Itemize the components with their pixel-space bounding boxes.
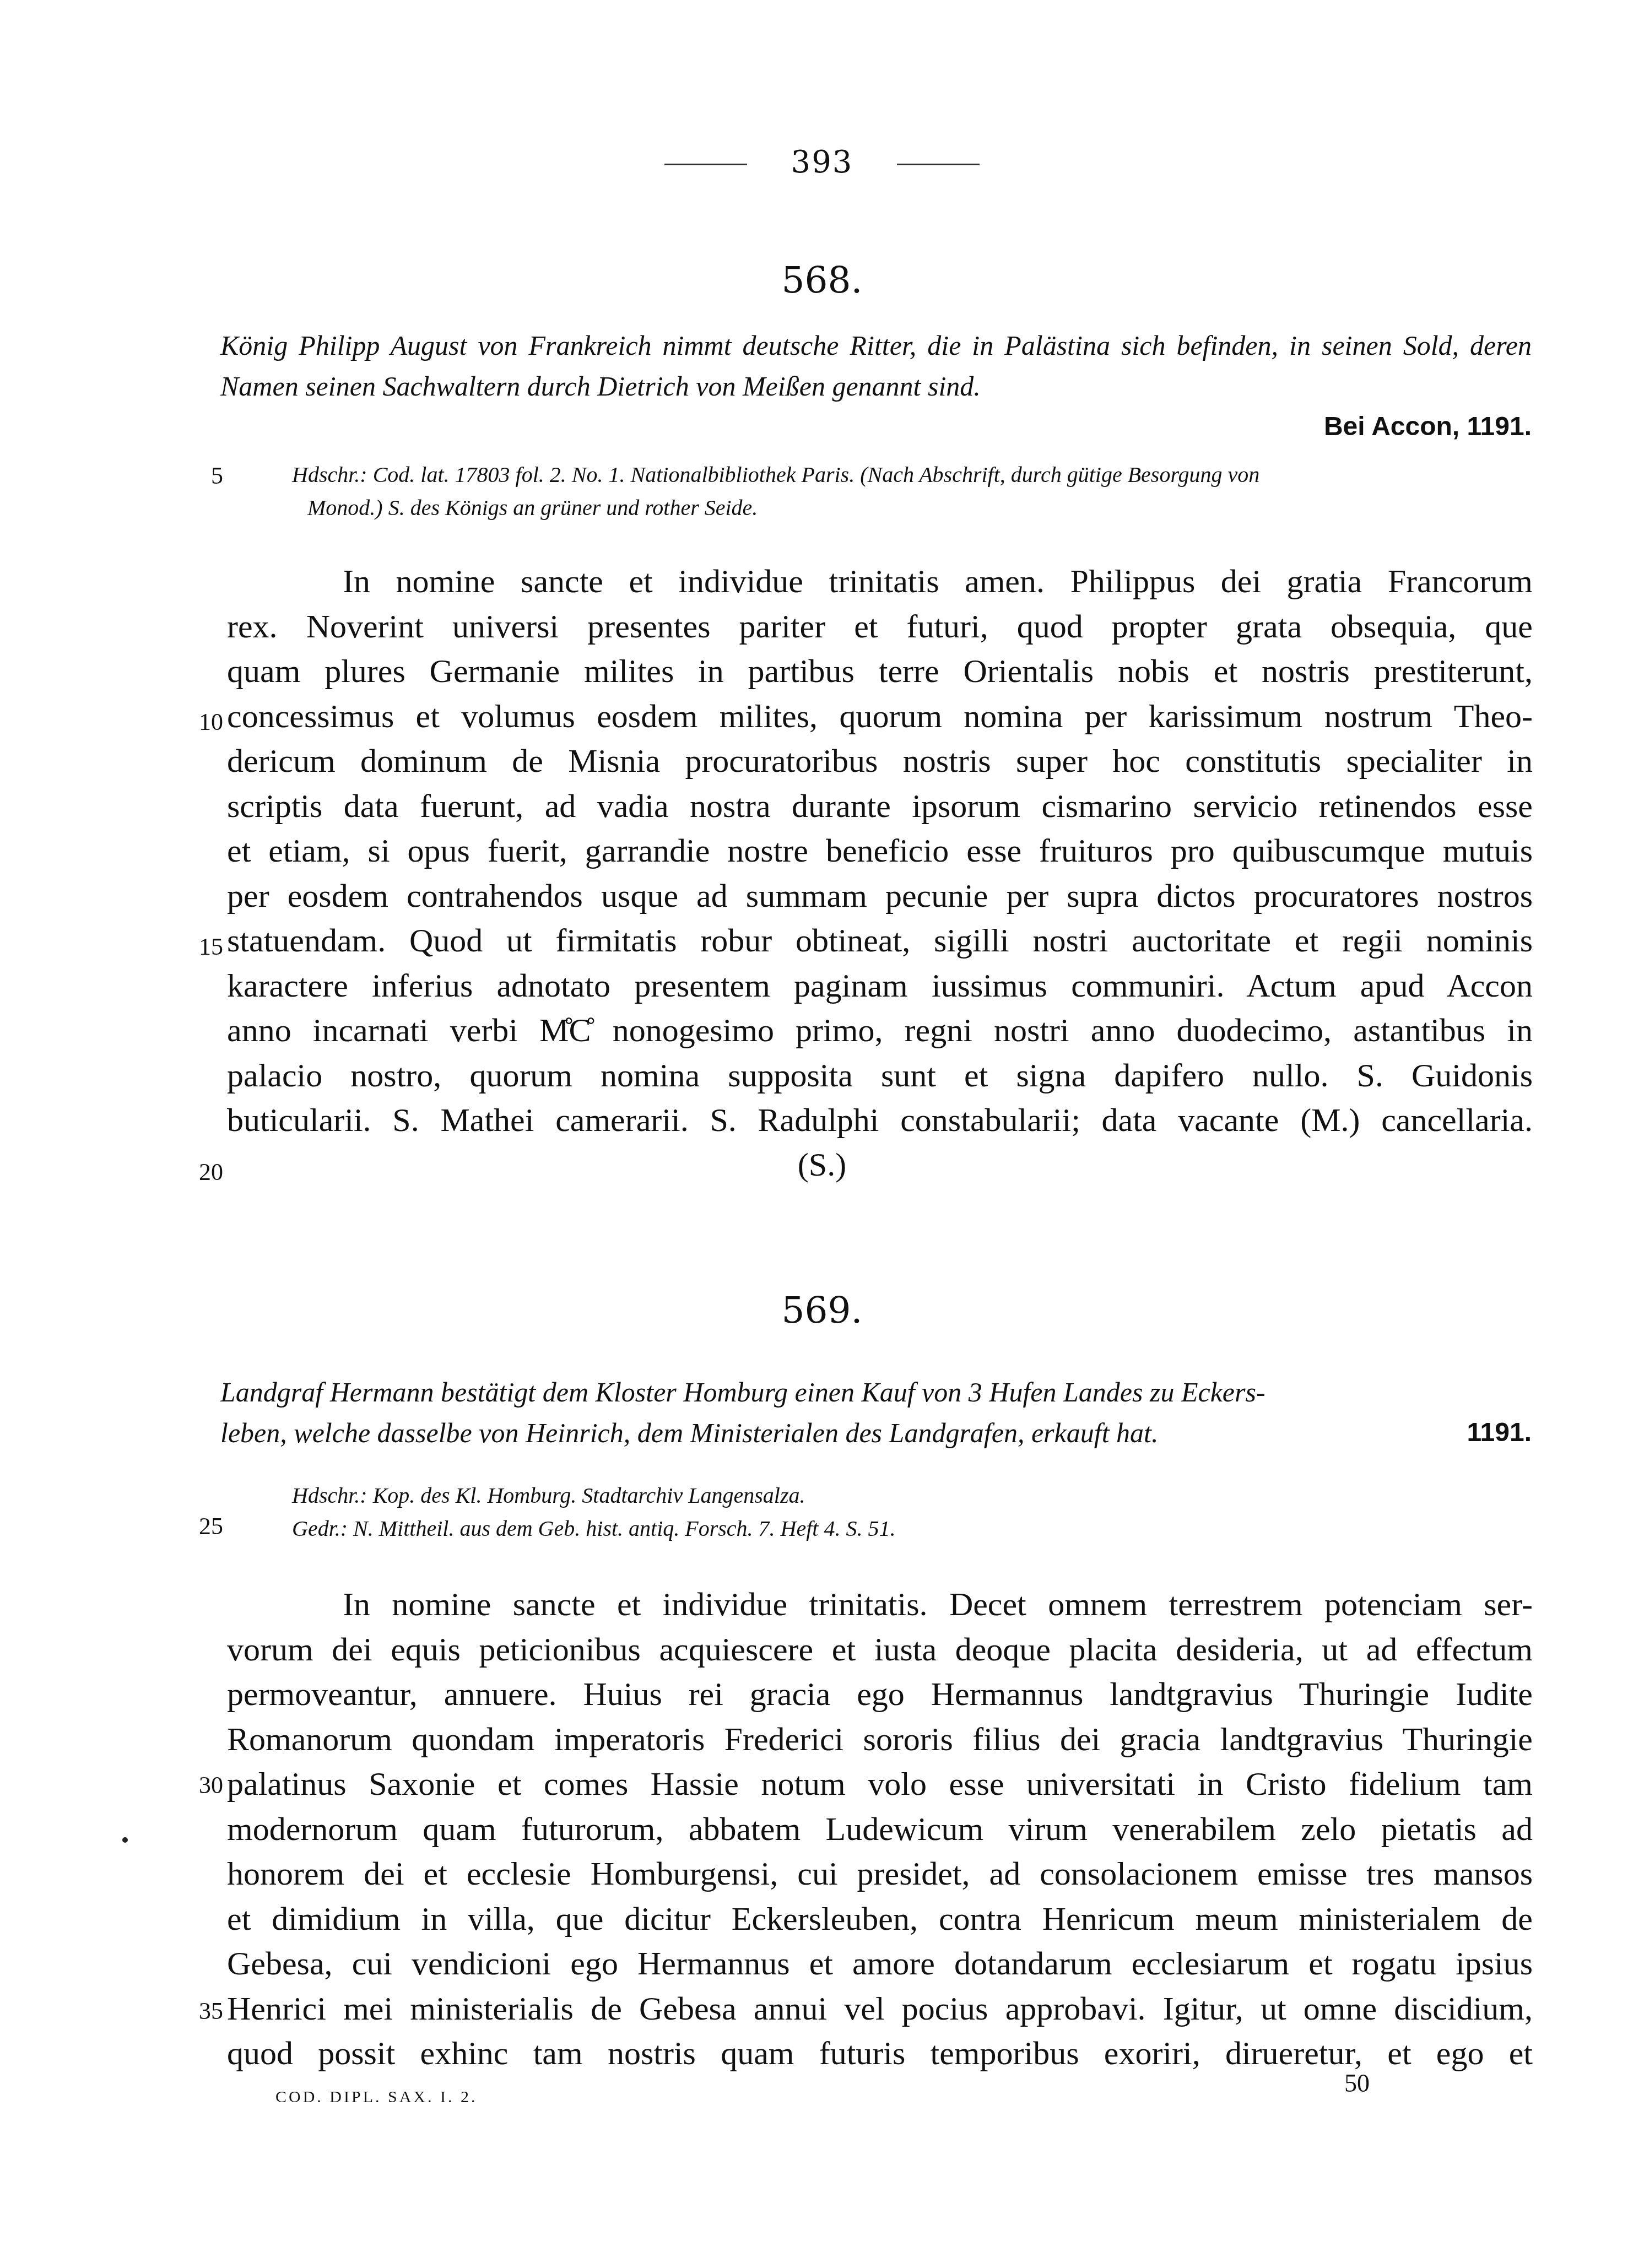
text-line: et etiam, si opus fuerit, garrandie nost… [227,829,1533,874]
line-number: 35 [185,1997,223,2025]
document-number-568: 568. [0,259,1644,301]
source-line: Hdschr.: Kop. des Kl. Homburg. Stadtarch… [292,1479,1532,1512]
text-line: palatinus Saxonie et comes Hassie notum … [227,1762,1533,1807]
rule-left [664,164,747,165]
text-line: modernorum quam futurorum, abbatem Ludew… [227,1807,1533,1852]
text-line: vorum dei equis peticionibus acquiescere… [227,1627,1533,1672]
running-head: 393 [0,144,1644,180]
text-line: palacio nostro, quorum nomina supposita … [227,1053,1533,1098]
page-number: 393 [791,144,853,180]
text-line: In nomine sancte et individue trinitatis… [227,559,1533,604]
document-date: 1191. [1467,1412,1532,1453]
text-line: karactere inferius adnotato presentem pa… [227,964,1533,1009]
regest-line: leben, welche dasselbe von Heinrich, dem… [220,1417,1158,1448]
line-number: 10 [185,708,223,736]
regest-569: Landgraf Hermann bestätigt dem Kloster H… [220,1372,1532,1453]
footer-signature: COD. DIPL. SAX. I. 2. [275,2088,478,2107]
line-number: 25 [185,1512,223,1540]
document-number-569: 569. [0,1289,1644,1331]
document-text-569: In nomine sancte et individue trinitatis… [227,1582,1533,2076]
ink-speck [122,1837,128,1843]
text-line: rex. Noverint universi presentes pariter… [227,604,1533,649]
source-note-568: Hdschr.: Cod. lat. 17803 fol. 2. No. 1. … [292,458,1532,524]
text-line: In nomine sancte et individue trinitatis… [227,1582,1533,1627]
text-line: concessimus et volumus eosdem milites, q… [227,694,1533,739]
regest-line: König Philipp August von Frankreich nimm… [220,330,1311,361]
text-line: Henrici mei ministerialis de Gebesa annu… [227,1986,1533,2032]
source-line: Hdschr.: Cod. lat. 17803 fol. 2. No. 1. … [292,458,1532,491]
text-line: et dimidium in villa, que dicitur Eckers… [227,1897,1533,1942]
text-line: Romanorum quondam imperatoris Frederici … [227,1717,1533,1762]
source-note-569: Hdschr.: Kop. des Kl. Homburg. Stadtarch… [292,1479,1532,1545]
text-line: anno incarnati verbi M̊C̊ nonogesimo pri… [227,1008,1533,1053]
footer-sheet-number: 50 [1344,2069,1370,2098]
text-line: scriptis data fuerunt, ad vadia nostra d… [227,784,1533,829]
regest-568: König Philipp August von Frankreich nimm… [220,325,1532,447]
text-line: Gebesa, cui vendicioni ego Hermannus et … [227,1941,1533,1986]
seal-mark: (S.) [0,1146,1644,1184]
document-date: Bei Accon, 1191. [220,407,1532,447]
text-line: buticularii. S. Mathei camerarii. S. Rad… [227,1098,1533,1143]
source-line: Gedr.: N. Mittheil. aus dem Geb. hist. a… [292,1512,1532,1545]
text-line: per eosdem contrahendos usque ad summam … [227,874,1533,919]
source-line: Monod.) S. des Königs an grüner und roth… [292,491,1532,524]
line-number: 15 [185,933,223,961]
text-line: statuendam. Quod ut firmitatis robur obt… [227,918,1533,964]
rule-right [897,164,980,165]
regest-line: Landgraf Hermann bestätigt dem Kloster H… [220,1372,1532,1412]
text-line: quam plures Germanie milites in partibus… [227,649,1533,694]
line-number: 5 [185,462,223,490]
text-line: dericum dominum de Misnia procuratoribus… [227,739,1533,784]
document-text-568: In nomine sancte et individue trinitatis… [227,559,1533,1143]
text-line: quod possit exhinc tam nostris quam futu… [227,2031,1533,2076]
text-line: permoveantur, annuere. Huius rei gracia … [227,1672,1533,1717]
text-line: honorem dei et ecclesie Homburgensi, cui… [227,1852,1533,1897]
line-number: 30 [185,1771,223,1799]
